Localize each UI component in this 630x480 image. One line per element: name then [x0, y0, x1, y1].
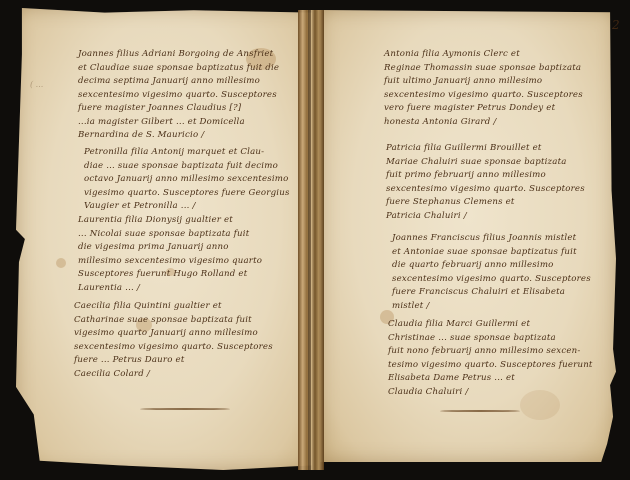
- faded-margin-note: ( ...: [30, 80, 43, 89]
- entry-line: decima septima Januarij anno millesimo: [78, 75, 279, 89]
- entry-line: ...ia magister Gilbert ... et Domicella: [78, 116, 279, 130]
- entry-line: sexcentesimo vigesimo quarto. Susceptore…: [78, 89, 279, 103]
- entry-line: Patricia Chaluiri /: [386, 210, 585, 224]
- entry-line: fuit primo februarij anno millesimo: [386, 169, 585, 183]
- folio-number: 2: [612, 18, 620, 32]
- entry-line: fuere magister Joannes Claudius [?]: [78, 102, 279, 116]
- manuscript-spread: ( ... 2 Joannes filius Adriani Borgoing …: [0, 0, 630, 480]
- closing-flourish: [140, 408, 230, 410]
- entry-line: mistlet /: [392, 300, 591, 314]
- entry-line: Claudia filia Marci Guillermi et: [388, 318, 593, 332]
- entry-line: et Claudiae suae sponsae baptizatus fuit…: [78, 62, 279, 76]
- entry-line: ... Nicolai suae sponsae baptizata fuit: [78, 228, 262, 242]
- entry-line: Reginae Thomassin suae sponsae baptizata: [384, 62, 583, 76]
- entry-line: fuere Franciscus Chaluiri et Elisabeta: [392, 286, 591, 300]
- entry-line: octavo Januarij anno millesimo sexcentes…: [84, 173, 290, 187]
- entry-line: Catharinae suae sponsae baptizata fuit: [74, 314, 273, 328]
- entry-line: fuere ... Petrus Dauro et: [74, 354, 273, 368]
- entry-line: Mariae Chaluiri suae sponsae baptizata: [386, 156, 585, 170]
- entry-line: sexcentesimo vigesimo quarto. Susceptore…: [392, 273, 591, 287]
- entry-line: Bernardina de S. Mauricio /: [78, 129, 279, 143]
- entry-line: Antonia filia Aymonis Clerc et: [384, 48, 583, 62]
- baptism-entry-right-1: Antonia filia Aymonis Clerc et Reginae T…: [384, 48, 583, 129]
- entry-line: Laurentia ... /: [78, 282, 262, 296]
- entry-line: honesta Antonia Girard /: [384, 116, 583, 130]
- entry-line: vigesimo quarto Januarij anno millesimo: [74, 327, 273, 341]
- entry-line: fuit nono februarij anno millesimo sexce…: [388, 345, 593, 359]
- baptism-entry-right-2: Patricia filia Guillermi Brouillet et Ma…: [386, 142, 585, 223]
- entry-line: Christinae ... suae sponsae baptizata: [388, 332, 593, 346]
- entry-line: Elisabeta Dame Petrus ... et: [388, 372, 593, 386]
- entry-line: diae ... suae sponsae baptizata fuit dec…: [84, 160, 290, 174]
- baptism-entry-left-4: Caecilia filia Quintini gualtier et Cath…: [74, 300, 273, 381]
- entry-line: Patricia filia Guillermi Brouillet et: [386, 142, 585, 156]
- entry-line: fuere Stephanus Clemens et: [386, 196, 585, 210]
- entry-line: vigesimo quarto. Susceptores fuere Georg…: [84, 187, 290, 201]
- entry-line: Caecilia Colard /: [74, 368, 273, 382]
- baptism-entry-left-1: Joannes filius Adriani Borgoing de Ansfr…: [78, 48, 279, 143]
- baptism-entry-left-2: Petronilla filia Antonij marquet et Clau…: [84, 146, 290, 214]
- entry-line: die vigesima prima Januarij anno: [78, 241, 262, 255]
- entry-line: sexcentesimo vigesimo quarto. Susceptore…: [386, 183, 585, 197]
- entry-line: Susceptores fuerunt Hugo Rolland et: [78, 268, 262, 282]
- entry-line: Vaugier et Petronilla ... /: [84, 200, 290, 214]
- entry-line: millesimo sexcentesimo vigesimo quarto: [78, 255, 262, 269]
- entry-line: Joannes Franciscus filius Joannis mistle…: [392, 232, 591, 246]
- entry-line: Caecilia filia Quintini gualtier et: [74, 300, 273, 314]
- entry-line: tesimo vigesimo quarto. Susceptores fuer…: [388, 359, 593, 373]
- baptism-entry-left-3: Laurentia filia Dionysij gualtier et ...…: [78, 214, 262, 295]
- entry-line: Petronilla filia Antonij marquet et Clau…: [84, 146, 290, 160]
- entry-line: Joannes filius Adriani Borgoing de Ansfr…: [78, 48, 279, 62]
- closing-flourish: [440, 410, 520, 412]
- ink-stain: [56, 258, 66, 268]
- entry-line: Claudia Chaluiri /: [388, 386, 593, 400]
- baptism-entry-right-4: Claudia filia Marci Guillermi et Christi…: [388, 318, 593, 399]
- entry-line: die quarto februarij anno millesimo: [392, 259, 591, 273]
- entry-line: fuit ultimo Januarij anno millesimo: [384, 75, 583, 89]
- book-spine-gutter: [298, 10, 324, 470]
- entry-line: et Antoniae suae sponsae baptizatus fuit: [392, 246, 591, 260]
- entry-line: vero fuere magister Petrus Dondey et: [384, 102, 583, 116]
- entry-line: sexcentesimo vigesimo quarto. Susceptore…: [384, 89, 583, 103]
- baptism-entry-right-3: Joannes Franciscus filius Joannis mistle…: [392, 232, 591, 313]
- entry-line: Laurentia filia Dionysij gualtier et: [78, 214, 262, 228]
- entry-line: sexcentesimo vigesimo quarto. Susceptore…: [74, 341, 273, 355]
